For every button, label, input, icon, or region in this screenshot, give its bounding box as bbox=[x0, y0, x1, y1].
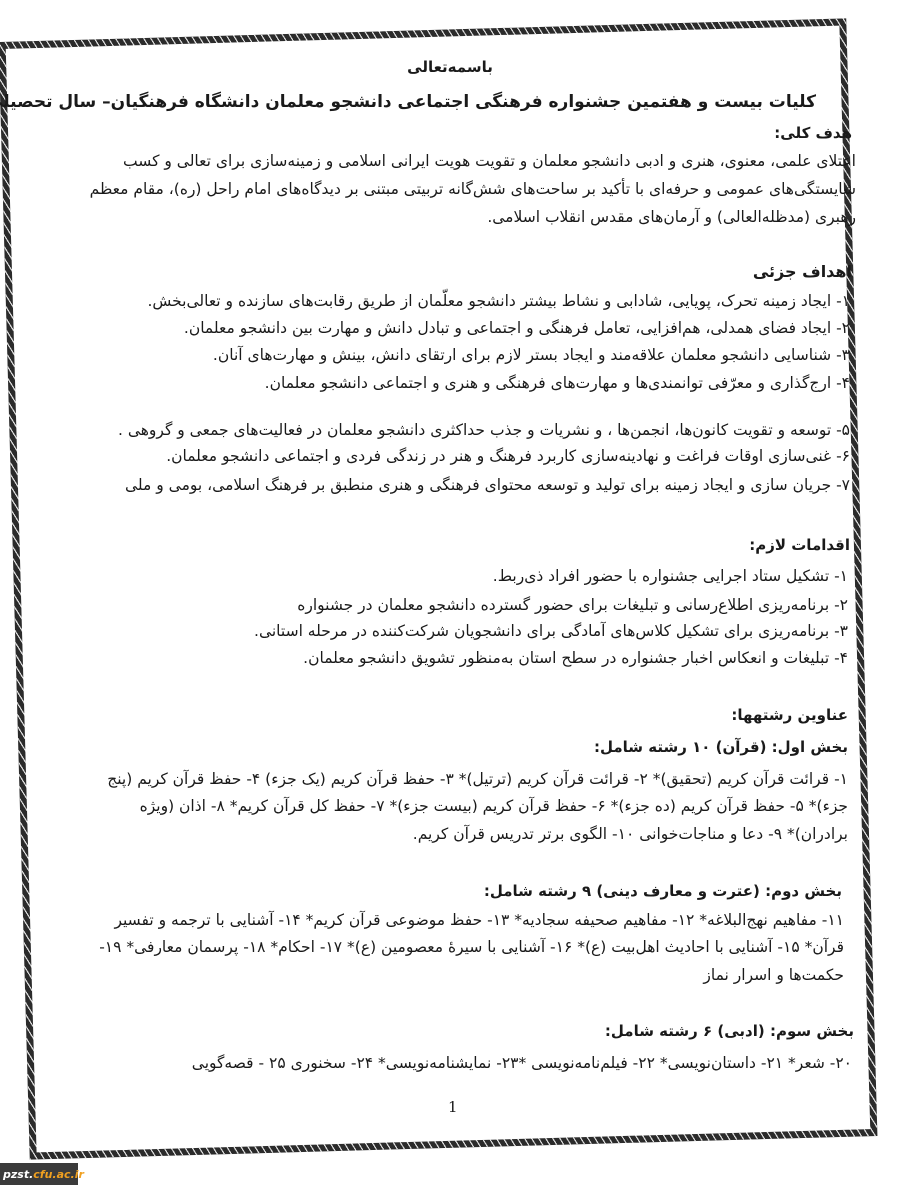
section-1-line: برادران)* ۹- دعا و مناجات‌خوانی ۱۰- الگو… bbox=[413, 825, 848, 843]
watermark-domain: cfu.ac.ir bbox=[33, 1168, 84, 1181]
general-goal-line: اعتلای علمی، معنوی، هنری و ادبی دانشجو م… bbox=[123, 152, 856, 170]
partial-goal-item: ۳- شناسایی دانشجو معلمان علاقه‌مند و ایج… bbox=[213, 346, 850, 364]
document-title: کلیات بیست و هفتمین جشنواره فرهنگی اجتما… bbox=[0, 92, 816, 112]
section-2-line: حکمت‌ها و اسرار نماز bbox=[703, 966, 844, 984]
watermark-prefix: pzst. bbox=[3, 1168, 33, 1181]
partial-goal-item: ۲- ایجاد فضای همدلی، هم‌افزایی، تعامل فر… bbox=[184, 319, 850, 337]
fields-heading: عناوین رشتهها: bbox=[731, 706, 848, 724]
section-3-heading: بخش سوم: (ادبی) ۶ رشته شامل: bbox=[605, 1022, 854, 1040]
partial-goal-item: ۷- جریان سازی و ایجاد زمینه برای تولید و… bbox=[125, 476, 850, 494]
page-number: 1 bbox=[448, 1098, 458, 1116]
partial-goal-item: ۱- ایجاد زمینه تحرک، پویایی، شادابی و نش… bbox=[147, 292, 850, 310]
site-watermark: pzst.cfu.ac.ir bbox=[0, 1163, 78, 1185]
section-2-line: ۱۱- مفاهیم نهج‌البلاغه* ۱۲- مفاهیم صحیفه… bbox=[114, 911, 844, 929]
section-1-line: ۱- قرائت قرآن کریم (تحقیق)* ۲- قرائت قرآ… bbox=[107, 770, 848, 788]
required-action-item: ۳- برنامه‌ریزی برای تشکیل کلاس‌های آمادگ… bbox=[254, 622, 848, 640]
section-1-heading: بخش اول: (قرآن) ۱۰ رشته شامل: bbox=[594, 738, 848, 756]
partial-goals-heading: اهداف جزئی bbox=[753, 262, 852, 281]
partial-goal-item: ۵- توسعه و تقویت کانون‌ها، انجمن‌ها ، و … bbox=[118, 421, 850, 439]
partial-goal-item: ۶- غنی‌سازی اوقات فراغت و نهادینه‌سازی ک… bbox=[166, 447, 850, 465]
required-actions-heading: اقدامات لازم: bbox=[749, 536, 850, 554]
general-goal-line: شایستگی‌های عمومی و حرفه‌ای با تأکید بر … bbox=[90, 180, 856, 198]
general-goal-heading: هدف کلی: bbox=[774, 124, 852, 142]
general-goal-line: رهبری (مدظله‌العالی) و آرمان‌های مقدس ان… bbox=[487, 208, 856, 226]
section-2-line: قرآن* ۱۵- آشنایی با احادیث اهل‌بیت (ع)* … bbox=[99, 938, 844, 956]
partial-goal-item: ۴- ارج‌گذاری و معرّفی توانمندی‌ها و مهار… bbox=[265, 374, 850, 392]
required-action-item: ۱- تشکیل ستاد اجرایی جشنواره با حضور افر… bbox=[493, 567, 848, 585]
required-action-item: ۴- تبلیغات و انعکاس اخبار جشنواره در سطح… bbox=[303, 649, 848, 667]
bismillah-heading: باسمه‌تعالی bbox=[0, 58, 900, 76]
required-action-item: ۲- برنامه‌ریزی اطلاع‌رسانی و تبلیغات برا… bbox=[297, 596, 848, 614]
section-3-line: ۲۰- شعر* ۲۱- داستان‌نویسی* ۲۲- فیلم‌نامه… bbox=[192, 1054, 852, 1072]
document-page: باسمه‌تعالی کلیات بیست و هفتمین جشنواره … bbox=[0, 0, 900, 1192]
section-1-line: جزء)* ۵- حفظ قرآن کریم (ده جزء)* ۶- حفظ … bbox=[140, 797, 848, 815]
section-2-heading: بخش دوم: (عترت و معارف دینی) ۹ رشته شامل… bbox=[484, 882, 842, 900]
